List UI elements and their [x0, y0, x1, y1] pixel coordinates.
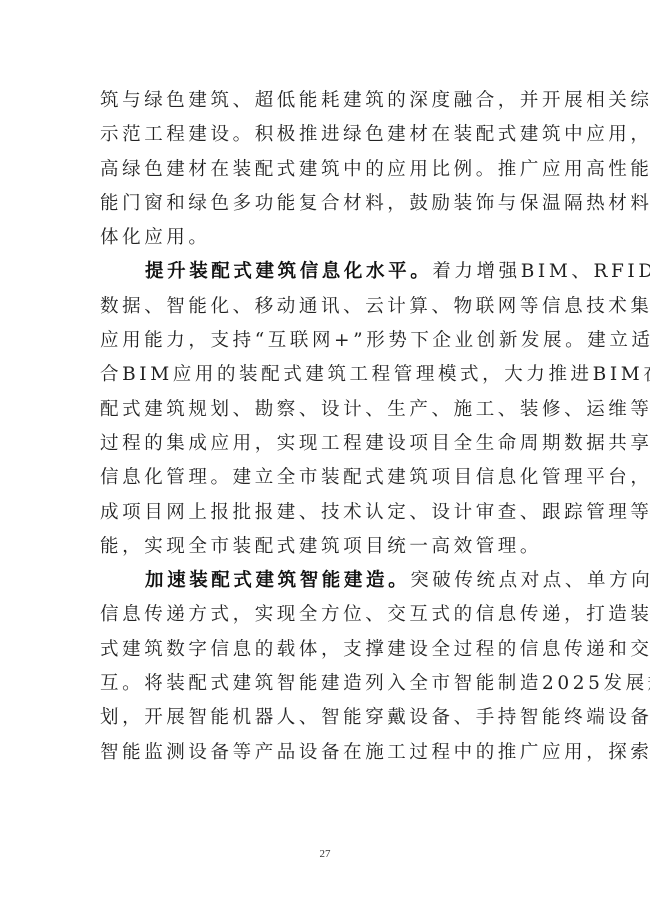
text-line: 式建筑数字信息的载体，支撑建设全过程的信息传递和交 — [100, 633, 560, 667]
section-heading-informatization: 提升装配式建筑信息化水平。 — [145, 261, 432, 282]
text-run: 突破传统点对点、单方向的 — [410, 570, 650, 591]
text-line: 信息化管理。建立全市装配式建筑项目信息化管理平台，集 — [100, 461, 560, 495]
document-page: 筑与绿色建筑、超低能耗建筑的深度融合，并开展相关综合 示范工程建设。积极推进绿色… — [0, 0, 650, 919]
text-line: 配式建筑规划、勘察、设计、生产、施工、装修、运维等全 — [100, 393, 560, 427]
text-line: 筑与绿色建筑、超低能耗建筑的深度融合，并开展相关综合 — [100, 84, 560, 118]
text-line: 信息传递方式，实现全方位、交互式的信息传递，打造装配 — [100, 598, 560, 632]
text-line: 成项目网上报批报建、技术认定、设计审查、跟踪管理等功 — [100, 496, 560, 530]
text-line: 高绿色建材在装配式建筑中的应用比例。推广应用高性能节 — [100, 153, 560, 187]
text-line: 合BIM应用的装配式建筑工程管理模式，大力推进BIM在装 — [100, 358, 560, 392]
text-line: 体化应用。 — [100, 221, 560, 255]
text-line: 划，开展智能机器人、智能穿戴设备、手持智能终端设备、 — [100, 701, 560, 735]
text-line: 应用能力，支持“互联网+”形势下企业创新发展。建立适 — [100, 324, 560, 358]
section-heading-intelligent-construction: 加速装配式建筑智能建造。 — [145, 570, 410, 591]
text-line: 能门窗和绿色多功能复合材料，鼓励装饰与保温隔热材料一 — [100, 187, 560, 221]
paragraph-start-line: 提升装配式建筑信息化水平。着力增强BIM、RFID、大 — [100, 255, 560, 289]
body-text: 筑与绿色建筑、超低能耗建筑的深度融合，并开展相关综合 示范工程建设。积极推进绿色… — [100, 84, 560, 770]
paragraph-start-line: 加速装配式建筑智能建造。突破传统点对点、单方向的 — [100, 564, 560, 598]
text-line: 示范工程建设。积极推进绿色建材在装配式建筑中应用，提 — [100, 118, 560, 152]
page-number: 27 — [0, 848, 650, 860]
text-line: 能，实现全市装配式建筑项目统一高效管理。 — [100, 530, 560, 564]
text-line: 数据、智能化、移动通讯、云计算、物联网等信息技术集成 — [100, 290, 560, 324]
text-line: 互。将装配式建筑智能建造列入全市智能制造2025发展规 — [100, 667, 560, 701]
text-line: 智能监测设备等产品设备在施工过程中的推广应用，探索智 — [100, 736, 560, 770]
text-run: 着力增强BIM、RFID、大 — [432, 261, 650, 282]
text-line: 过程的集成应用，实现工程建设项目全生命周期数据共享和 — [100, 427, 560, 461]
